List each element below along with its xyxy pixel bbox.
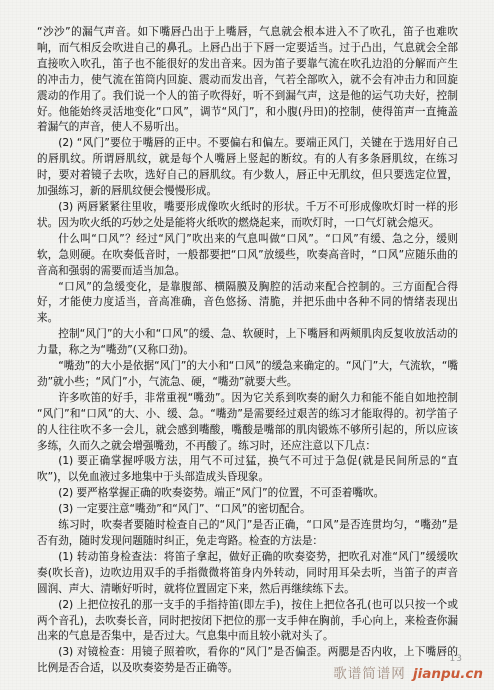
paragraph-koufeng-definition: 什么叫“口风”？经过“风门”吹出来的气息叫做“口风”。“口风”有缓、急之分，缓则…	[37, 232, 458, 280]
watermark: 歌谱简谱网 jianpu.cn	[333, 662, 483, 682]
paragraph-note-1: (1) 要正确掌握呼吸方法，用气不可过猛，换气不可过于急促(就是民间所忌的“直吹…	[37, 454, 458, 486]
paragraph-zuijin-definition: 控制“风门”的大小和“口风”的缓、急、软硬时，上下嘴唇和两颊肌肉反复收放活动的力…	[37, 327, 458, 359]
paragraph-zuijin-size: “嘴劲”的大小是依据“风门”的大小和“口风”的缓急来确定的。“风门”大，气流软，…	[37, 359, 458, 391]
paragraph-item-2: (2) “风门”要位于嘴唇的正中。不要偏右和偏左。要端正风门，关键在于选用好自己…	[37, 136, 458, 200]
watermark-site-name: 歌谱简谱网	[333, 666, 406, 682]
paragraph-item-3: (3) 两唇紧紧往里收，嘴要形成像吹火纸时的形状。千万不可形成像吹灯时一样的形状…	[37, 200, 458, 232]
paragraph-check-method-2: (2) 上把位按孔的那一支手的手指持笛(即左手)，按住上把位各孔(也可以只按一个…	[37, 598, 458, 646]
scanned-book-page: “沙沙”的漏气声音。如下嘴唇凸出于上嘴唇，气息就会根本进入不了吹孔，笛子也难吹响…	[0, 0, 494, 690]
paragraph-continuation: “沙沙”的漏气声音。如下嘴唇凸出于上嘴唇，气息就会根本进入不了吹孔，笛子也难吹响…	[37, 25, 458, 136]
paragraph-check-intro: 练习时，吹奏者要随时检查自己的“风门”是否正确，“口风”是否连贯均匀，“嘴劲”是…	[37, 518, 458, 550]
watermark-site-domain: jianpu.cn	[413, 666, 483, 682]
paragraph-check-method-1: (1) 转动笛身检查法：将笛子拿起，做好正确的吹奏姿势，把吹孔对准“风门”缓缓吹…	[37, 550, 458, 598]
body-text: “沙沙”的漏气声音。如下嘴唇凸出于上嘴唇，气息就会根本进入不了吹孔，笛子也难吹响…	[37, 25, 458, 677]
paragraph-note-3: (3) 一定要注意“嘴劲”和“风门”、“口风”的密切配合。	[37, 502, 458, 518]
paragraph-koufeng-control: “口风”的急缓变化，是靠腹部、横隔膜及胸腔的活动来配合控制的。三方面配合得好，才…	[37, 280, 458, 328]
paragraph-note-2: (2) 要严格掌握正确的吹奏姿势。端正“风门”的位置，不可歪着嘴吹。	[37, 486, 458, 502]
paragraph-zuijin-practice: 许多吹笛的好手，非常重视“嘴劲”。因为它关系到吹奏的耐久力和能不能自如地控制“风…	[37, 391, 458, 455]
